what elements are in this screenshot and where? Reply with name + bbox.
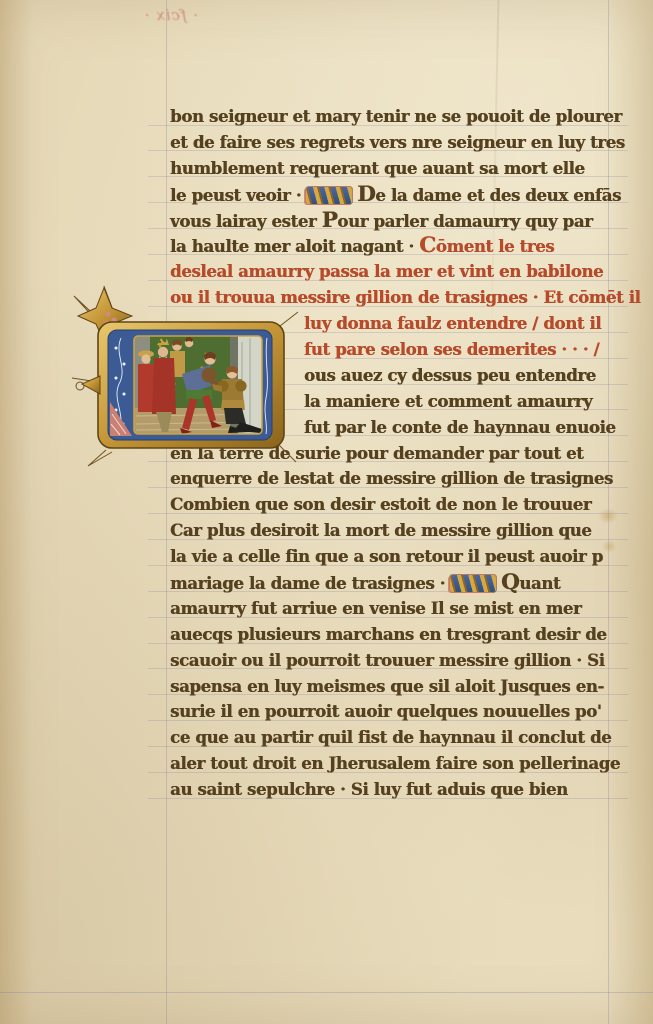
text-line: auecqs plusieurs marchans en tresgrant d… [170, 622, 622, 648]
historiated-initial-V [64, 282, 300, 468]
text-line: le peust veoir ·De la dame et des deux e… [170, 182, 622, 208]
text-segment-ink: mariage la dame de trasignes · [170, 573, 445, 593]
text-line: la haulte mer aloit nagant · Cōment le t… [170, 233, 622, 259]
text-segment-ink: e la dame et des deux enfās [375, 185, 621, 205]
text-segment-ink: fut par le conte de haynnau enuoie [304, 417, 616, 437]
text-segment-rubric: desleal amaurry passa la mer et vint en … [170, 261, 603, 281]
text-line: bon seigneur et mary tenir ne se pouoit … [170, 104, 622, 130]
folio-number-showthrough: · fcix · [108, 6, 198, 24]
text-line: Combien que son desir estoit de non le t… [170, 492, 622, 518]
text-segment-ink: enquerre de lestat de messire gillion de… [170, 468, 613, 488]
text-line: vous lairay ester Pour parler damaurry q… [170, 208, 622, 234]
text-segment-ink: amaurry fut arriue en venise Il se mist … [170, 598, 581, 618]
text-segment-ink: aler tout droit en Jherusalem faire son … [170, 753, 620, 773]
text-line: amaurry fut arriue en venise Il se mist … [170, 596, 622, 622]
text-line: sapensa en luy meismes que sil aloit Jus… [170, 674, 622, 700]
text-segment-ink: au saint sepulchre · Si luy fut aduis qu… [170, 779, 568, 799]
text-segment-ink: auecqs plusieurs marchans en tresgrant d… [170, 624, 606, 644]
text-segment-ink: scauoir ou il pourroit trouuer messire g… [170, 650, 605, 670]
text-segment-ink-cap: D [357, 182, 375, 207]
text-segment-ink: our parler damaurry quy par [337, 211, 592, 231]
text-segment-ink: la maniere et comment amaurry [304, 391, 592, 411]
text-segment-ink: la haulte mer aloit nagant · [170, 236, 419, 256]
text-line: la vie a celle fin que a son retour il p… [170, 544, 622, 570]
text-segment-ink: sapensa en luy meismes que sil aloit Jus… [170, 676, 604, 696]
text-line: surie il en pourroit auoir quelques nouu… [170, 699, 622, 725]
text-line: scauoir ou il pourroit trouuer messire g… [170, 648, 622, 674]
text-segment-ink: vous lairay ester [170, 211, 322, 231]
text-line: mariage la dame de trasignes ·Quant [170, 570, 622, 596]
text-segment-ink: surie il en pourroit auoir quelques nouu… [170, 701, 601, 721]
text-line: Car plus desiroit la mort de messire gil… [170, 518, 622, 544]
text-line: aler tout droit en Jherusalem faire son … [170, 751, 622, 777]
text-line: et de faire ses regrets vers nre seigneu… [170, 130, 622, 156]
line-filler-ornament [306, 187, 352, 204]
gold-left-cusp [82, 376, 100, 394]
text-segment-ink: la vie a celle fin que a son retour il p… [170, 546, 603, 566]
text-line: humblement requerant que auant sa mort e… [170, 156, 622, 182]
text-segment-ink: bon seigneur et mary tenir ne se pouoit … [170, 106, 622, 126]
bottom-ruling-line [0, 992, 653, 993]
text-segment-rubric-cap: C [419, 233, 436, 258]
text-line: ce que au partir quil fist de haynnau il… [170, 725, 622, 751]
text-line: enquerre de lestat de messire gillion de… [170, 466, 622, 492]
text-line: au saint sepulchre · Si luy fut aduis qu… [170, 777, 622, 803]
text-segment-ink: uant [519, 573, 560, 593]
text-segment-ink: humblement requerant que auant sa mort e… [170, 158, 585, 178]
text-segment-ink: Car plus desiroit la mort de messire gil… [170, 520, 591, 540]
text-segment-ink: Combien que son desir estoit de non le t… [170, 494, 591, 514]
line-filler-ornament [450, 575, 496, 592]
miniature-scene [64, 282, 300, 468]
text-segment-ink-cap: P [322, 208, 338, 233]
text-segment-ink: ce que au partir quil fist de haynnau il… [170, 727, 611, 747]
manuscript-page: · fcix · [0, 0, 653, 1024]
text-segment-ink-cap: Q [501, 570, 519, 595]
text-segment-rubric: ōment le tres [436, 236, 554, 256]
text-segment-rubric: fut pare selon ses demerites · · · / [304, 339, 599, 359]
text-segment-ink: et de faire ses regrets vers nre seigneu… [170, 132, 625, 152]
left-ruling-line [166, 0, 167, 1024]
text-segment-ink: le peust veoir · [170, 185, 301, 205]
text-segment-rubric: luy donna faulz entendre / dont il [304, 313, 601, 333]
text-segment-ink: ous auez cy dessus peu entendre [304, 365, 596, 385]
